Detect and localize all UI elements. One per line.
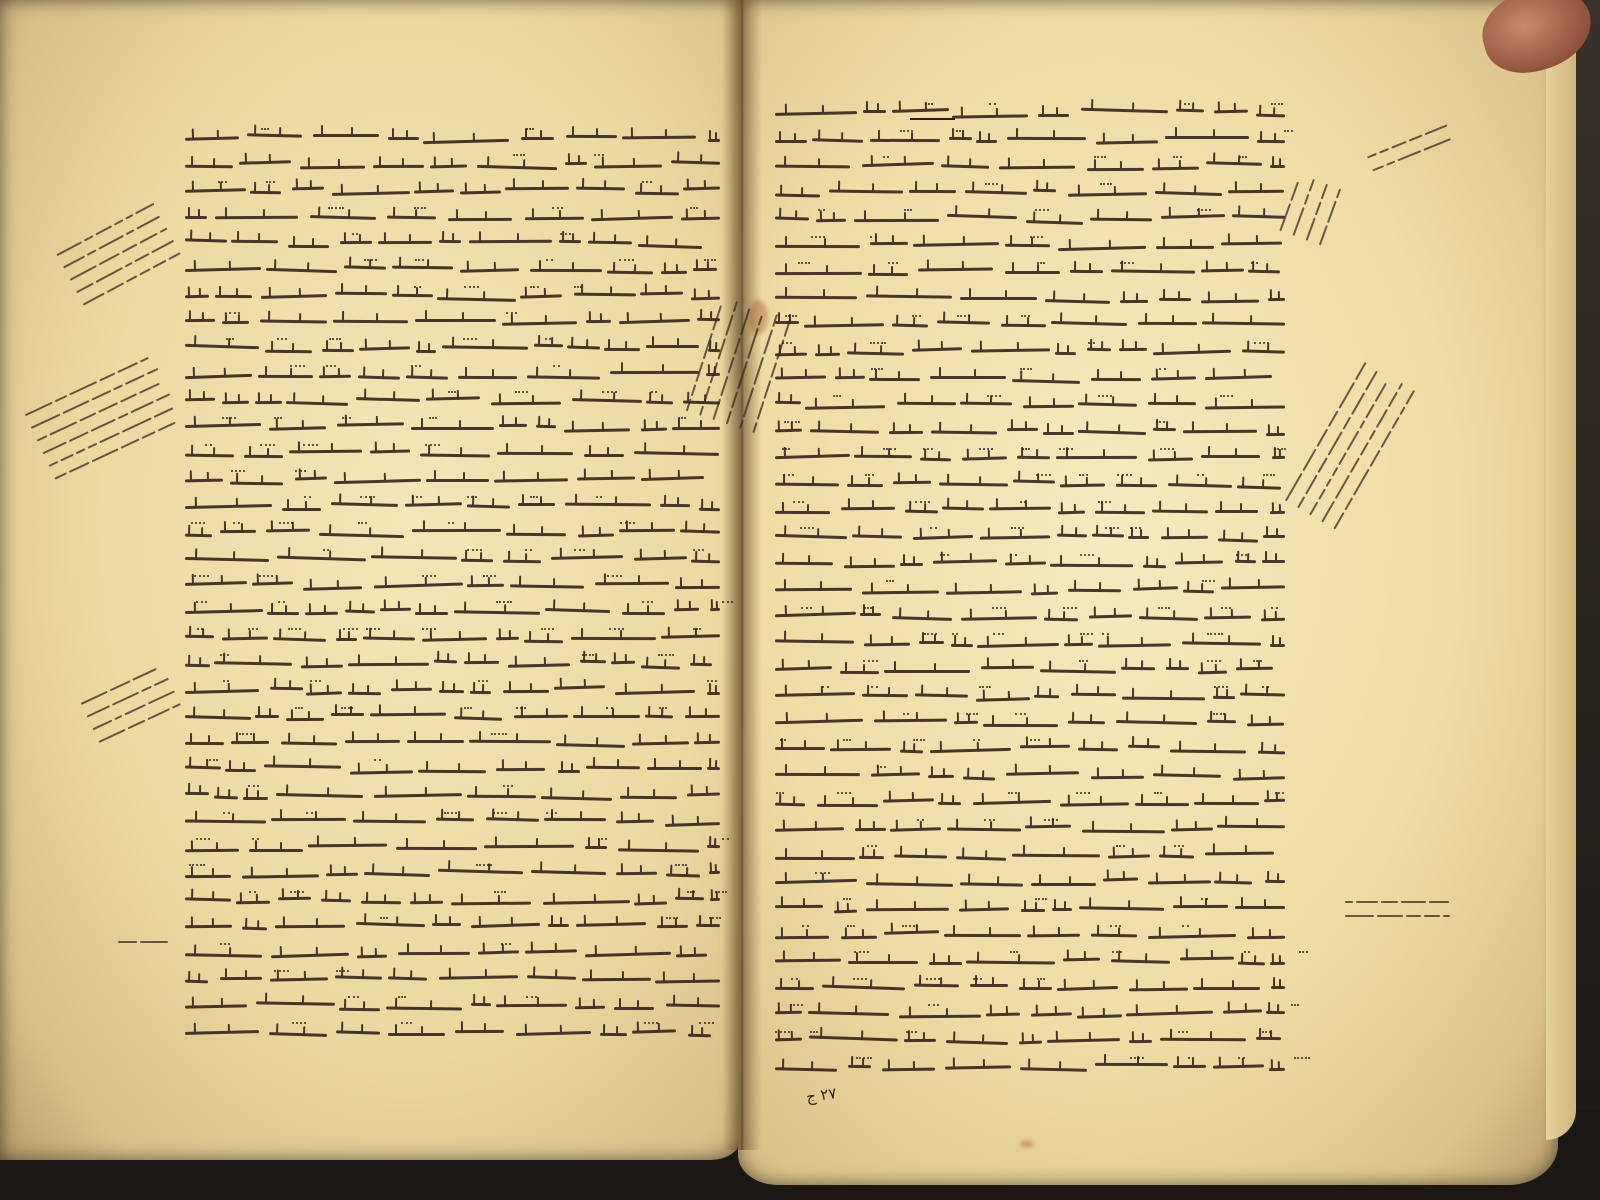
text-line	[185, 993, 720, 1019]
text-line	[775, 259, 1285, 286]
text-line	[185, 835, 720, 861]
overline-mark	[910, 118, 955, 120]
text-line	[185, 178, 720, 204]
text-line	[775, 816, 1285, 843]
text-line	[185, 677, 720, 703]
text-line	[185, 546, 720, 572]
text-line	[775, 153, 1285, 180]
text-line	[775, 763, 1285, 790]
text-line	[775, 286, 1285, 313]
text-line	[185, 467, 720, 493]
text-line	[775, 1028, 1285, 1055]
text-line	[185, 283, 720, 309]
text-line	[185, 519, 720, 545]
text-line	[775, 445, 1285, 472]
text-line	[775, 657, 1285, 684]
text-line	[775, 233, 1285, 260]
text-line	[775, 339, 1285, 366]
text-line	[185, 704, 720, 730]
text-line	[185, 914, 720, 940]
text-line	[185, 625, 720, 651]
ink-stain	[1020, 1140, 1034, 1148]
text-line	[185, 151, 720, 177]
right-main-text	[775, 100, 1285, 1081]
text-line	[775, 604, 1285, 631]
text-line	[775, 789, 1285, 816]
text-line	[185, 230, 720, 256]
text-line	[185, 309, 720, 335]
text-line	[775, 922, 1285, 949]
page-edge	[1546, 30, 1576, 1140]
text-line	[185, 730, 720, 756]
text-line	[185, 940, 720, 966]
text-line	[775, 392, 1285, 419]
book-gutter	[722, 0, 762, 1150]
text-line	[185, 362, 720, 388]
text-line	[185, 888, 720, 914]
text-line	[775, 1001, 1285, 1028]
text-line	[775, 710, 1285, 737]
text-line	[185, 493, 720, 519]
text-line	[775, 418, 1285, 445]
text-line	[185, 1019, 720, 1045]
text-line	[185, 861, 720, 887]
text-line	[775, 100, 1285, 127]
text-line	[775, 736, 1285, 763]
margin-note	[118, 935, 168, 949]
text-line	[185, 756, 720, 782]
text-line	[185, 125, 720, 151]
margin-note	[1345, 895, 1450, 923]
text-line	[185, 204, 720, 230]
text-line	[775, 630, 1285, 657]
text-line	[775, 498, 1285, 525]
text-line	[775, 127, 1285, 154]
text-line	[775, 869, 1285, 896]
text-line	[775, 180, 1285, 207]
text-line	[185, 572, 720, 598]
text-line	[185, 782, 720, 808]
text-line	[185, 809, 720, 835]
text-line	[185, 441, 720, 467]
text-line	[185, 651, 720, 677]
text-line	[775, 524, 1285, 551]
text-line	[775, 975, 1285, 1002]
text-line	[775, 683, 1285, 710]
text-line	[775, 365, 1285, 392]
text-line	[775, 471, 1285, 498]
text-line	[775, 1054, 1285, 1081]
text-line	[775, 312, 1285, 339]
text-line	[775, 948, 1285, 975]
text-line	[185, 414, 720, 440]
text-line	[185, 388, 720, 414]
text-line	[775, 577, 1285, 604]
text-line	[185, 598, 720, 624]
left-main-text	[185, 125, 720, 1045]
text-line	[185, 256, 720, 282]
text-line	[775, 206, 1285, 233]
text-line	[775, 895, 1285, 922]
text-line	[775, 551, 1285, 578]
text-line	[185, 967, 720, 993]
text-line	[775, 842, 1285, 869]
text-line	[185, 335, 720, 361]
